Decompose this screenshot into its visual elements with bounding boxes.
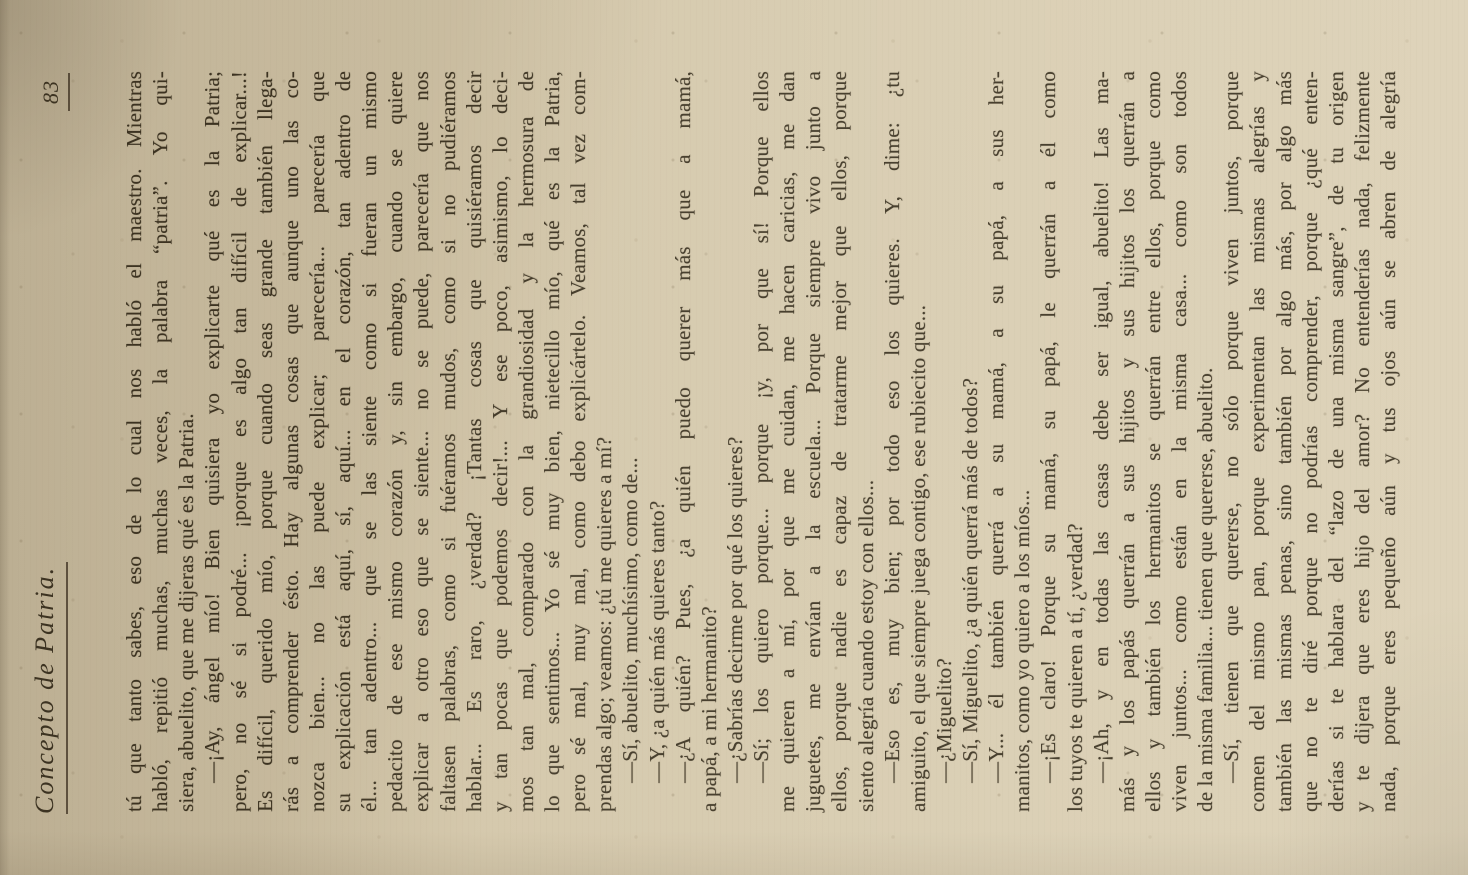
text-line: ellos, porque nadie es capaz de tratarme… — [826, 71, 852, 812]
text-line: me quieren a mí, por que me cuidan, me h… — [774, 71, 800, 812]
text-line: juguetes, me envían a la escuela... Porq… — [800, 71, 826, 812]
text-line: —¡Ay, ángel mío! Bien quisiera yo explic… — [199, 71, 225, 812]
text-line: —¿Miguelito? — [931, 71, 957, 812]
text-line: Es difícil, querido mío, porque cuando s… — [252, 71, 278, 812]
text-line: —¡Ah, y en todas las casas debe ser igua… — [1088, 71, 1114, 812]
text-line: amiguito, el que siempre juega contigo, … — [905, 71, 931, 812]
text-line: siento alegría cuando estoy con ellos... — [853, 71, 879, 812]
text-line: prendas algo; veamos: ¿tú me quieres a m… — [591, 71, 617, 812]
page-number: 83 — [38, 73, 70, 111]
text-line: habló, repitió muchas, muchas veces, la … — [147, 71, 173, 812]
text-line: él... tan adentro... que se las siente c… — [356, 71, 382, 812]
text-line: —Y... él también querrá a su mamá, a su … — [983, 71, 1009, 812]
text-line: pero, no sé si podré... ¡porque es algo … — [226, 71, 252, 812]
text-line: nada, porque eres pequeño aún y tus ojos… — [1375, 71, 1401, 812]
text-line: de la misma familia... tienen que querer… — [1192, 71, 1218, 812]
text-line: tú que tanto sabes, eso de lo cual nos h… — [121, 71, 147, 812]
text-line: que no te diré porque no podrías compren… — [1297, 71, 1323, 812]
header-title: Concepto de Patria. — [30, 566, 59, 814]
text-line: también las mismas penas, sino también p… — [1271, 71, 1297, 812]
text-line: siera, abuelito, que me dijeras qué es l… — [173, 71, 199, 812]
text-line: viven juntos... como están en la misma c… — [1166, 71, 1192, 812]
text-line: ellos y también los hermanitos se querrá… — [1140, 71, 1166, 812]
text-line: —¡Es claro! Porque su mamá, su papá, le … — [1035, 71, 1061, 812]
text-line: —Sí, tienen que quererse, no sólo porque… — [1218, 71, 1244, 812]
text-line: manitos, como yo quiero a los míos... — [1009, 71, 1035, 812]
text-line: —¿Sabrías decirme por qué los quieres? — [722, 71, 748, 812]
scanned-book-page: Concepto de Patria. 83 tú que tanto sabe… — [0, 0, 1468, 875]
text-line: —Sí, abuelito, muchísimo, como de... — [617, 71, 643, 812]
text-line: derías si te hablara del “lazo de una mi… — [1323, 71, 1349, 812]
text-line: mos tan mal, comparado con la grandiosid… — [513, 71, 539, 812]
text-line: rás a comprender ésto. Hay algunas cosas… — [278, 71, 304, 812]
text-line: más y los papás querrán a sus hijitos y … — [1114, 71, 1140, 812]
running-header: Concepto de Patria. — [30, 562, 68, 814]
book-page: Concepto de Patria. 83 tú que tanto sabe… — [0, 0, 1468, 875]
text-line: explicar a otro eso que se siente... no … — [408, 71, 434, 812]
text-line: y te dijera que eres hijo del amor? No e… — [1349, 71, 1375, 812]
text-line: los tuyos te quieren a tí, ¿verdad? — [1062, 71, 1088, 812]
text-line: comen del mismo pan, porque experimentan… — [1244, 71, 1270, 812]
text-line: faltasen palabras, como si fuéramos mudo… — [435, 71, 461, 812]
text-line: lo que sentimos... Yo sé muy bien, niete… — [539, 71, 565, 812]
text-line: pedacito de ese mismo corazón y, sin emb… — [382, 71, 408, 812]
text-line: —Eso es, muy bien; por todo eso los quie… — [879, 71, 905, 812]
text-line: —Sí; los quiero porque... porque ¡y, por… — [748, 71, 774, 812]
text-line: y tan pocas que podemos decir!... Y ese … — [487, 71, 513, 812]
text-line: a papá, a mi hermanito? — [696, 71, 722, 812]
text-line: —¿A quién? Pues, ¿a quién puedo querer m… — [670, 71, 696, 812]
text-line: —Sí, Miguelito, ¿a quién querrá más de t… — [957, 71, 983, 812]
text-line: hablar... Es raro, ¿verdad? ¡Tantas cosa… — [461, 71, 487, 812]
text-line: nozca bien... no las puede explicar; par… — [304, 71, 330, 812]
text-line: su explicación está aquí, sí, aquí... en… — [330, 71, 356, 812]
text-line: —Y, ¿a quién más quieres tanto? — [644, 71, 670, 812]
text-line: pero sé mal, muy mal, como debo explicár… — [565, 71, 591, 812]
page-text: tú que tanto sabes, eso de lo cual nos h… — [121, 71, 1401, 812]
